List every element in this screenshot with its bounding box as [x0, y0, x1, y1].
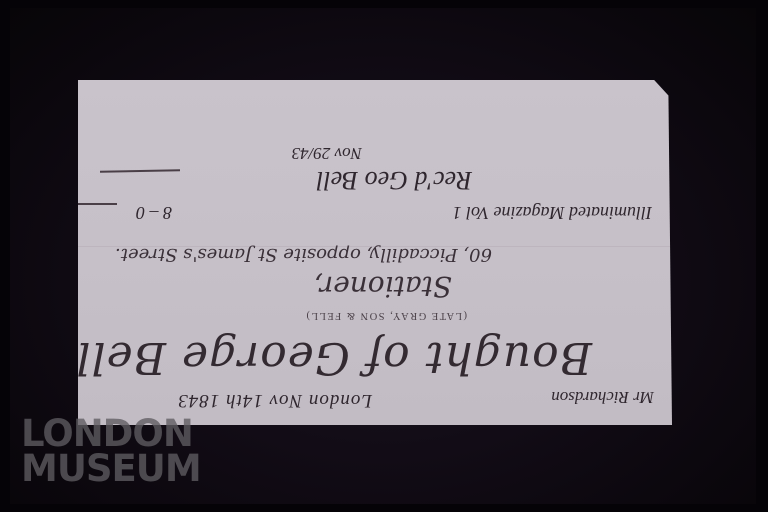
letterhead-address: 60, Piccadilly, opposite St James's Stre…: [115, 244, 492, 265]
date-line: London Nov 14th 1843: [177, 389, 372, 411]
letterhead-late-firm: (LATE GRAY, SON & FELL): [305, 310, 467, 321]
receipt-paper: Mr Richardson London Nov 14th 1843 Bough…: [78, 80, 672, 425]
watermark-line-2: MUSEUM: [21, 451, 201, 486]
amount-dash-stroke: [77, 203, 117, 205]
watermark-line-1: LONDON: [21, 416, 201, 451]
total-rule-line: [100, 169, 180, 172]
photo-stage: Mr Richardson London Nov 14th 1843 Bough…: [0, 0, 768, 512]
customer-name: Mr Richardson: [551, 387, 654, 407]
line-item-amount: 8 – 0: [136, 202, 172, 223]
receipt-signature: Rec'd Geo Bell: [316, 165, 472, 195]
receipt-date: Nov 29/43: [292, 143, 362, 163]
line-item-description: Illuminated Magazine Vol 1: [453, 202, 652, 223]
letterhead-heading: Bought of George Bell: [75, 332, 592, 383]
letterhead-trade: Stationer,: [314, 270, 452, 303]
receipt-content-upside-down: Mr Richardson London Nov 14th 1843 Bough…: [78, 80, 672, 425]
museum-watermark: LONDON MUSEUM: [21, 416, 201, 486]
